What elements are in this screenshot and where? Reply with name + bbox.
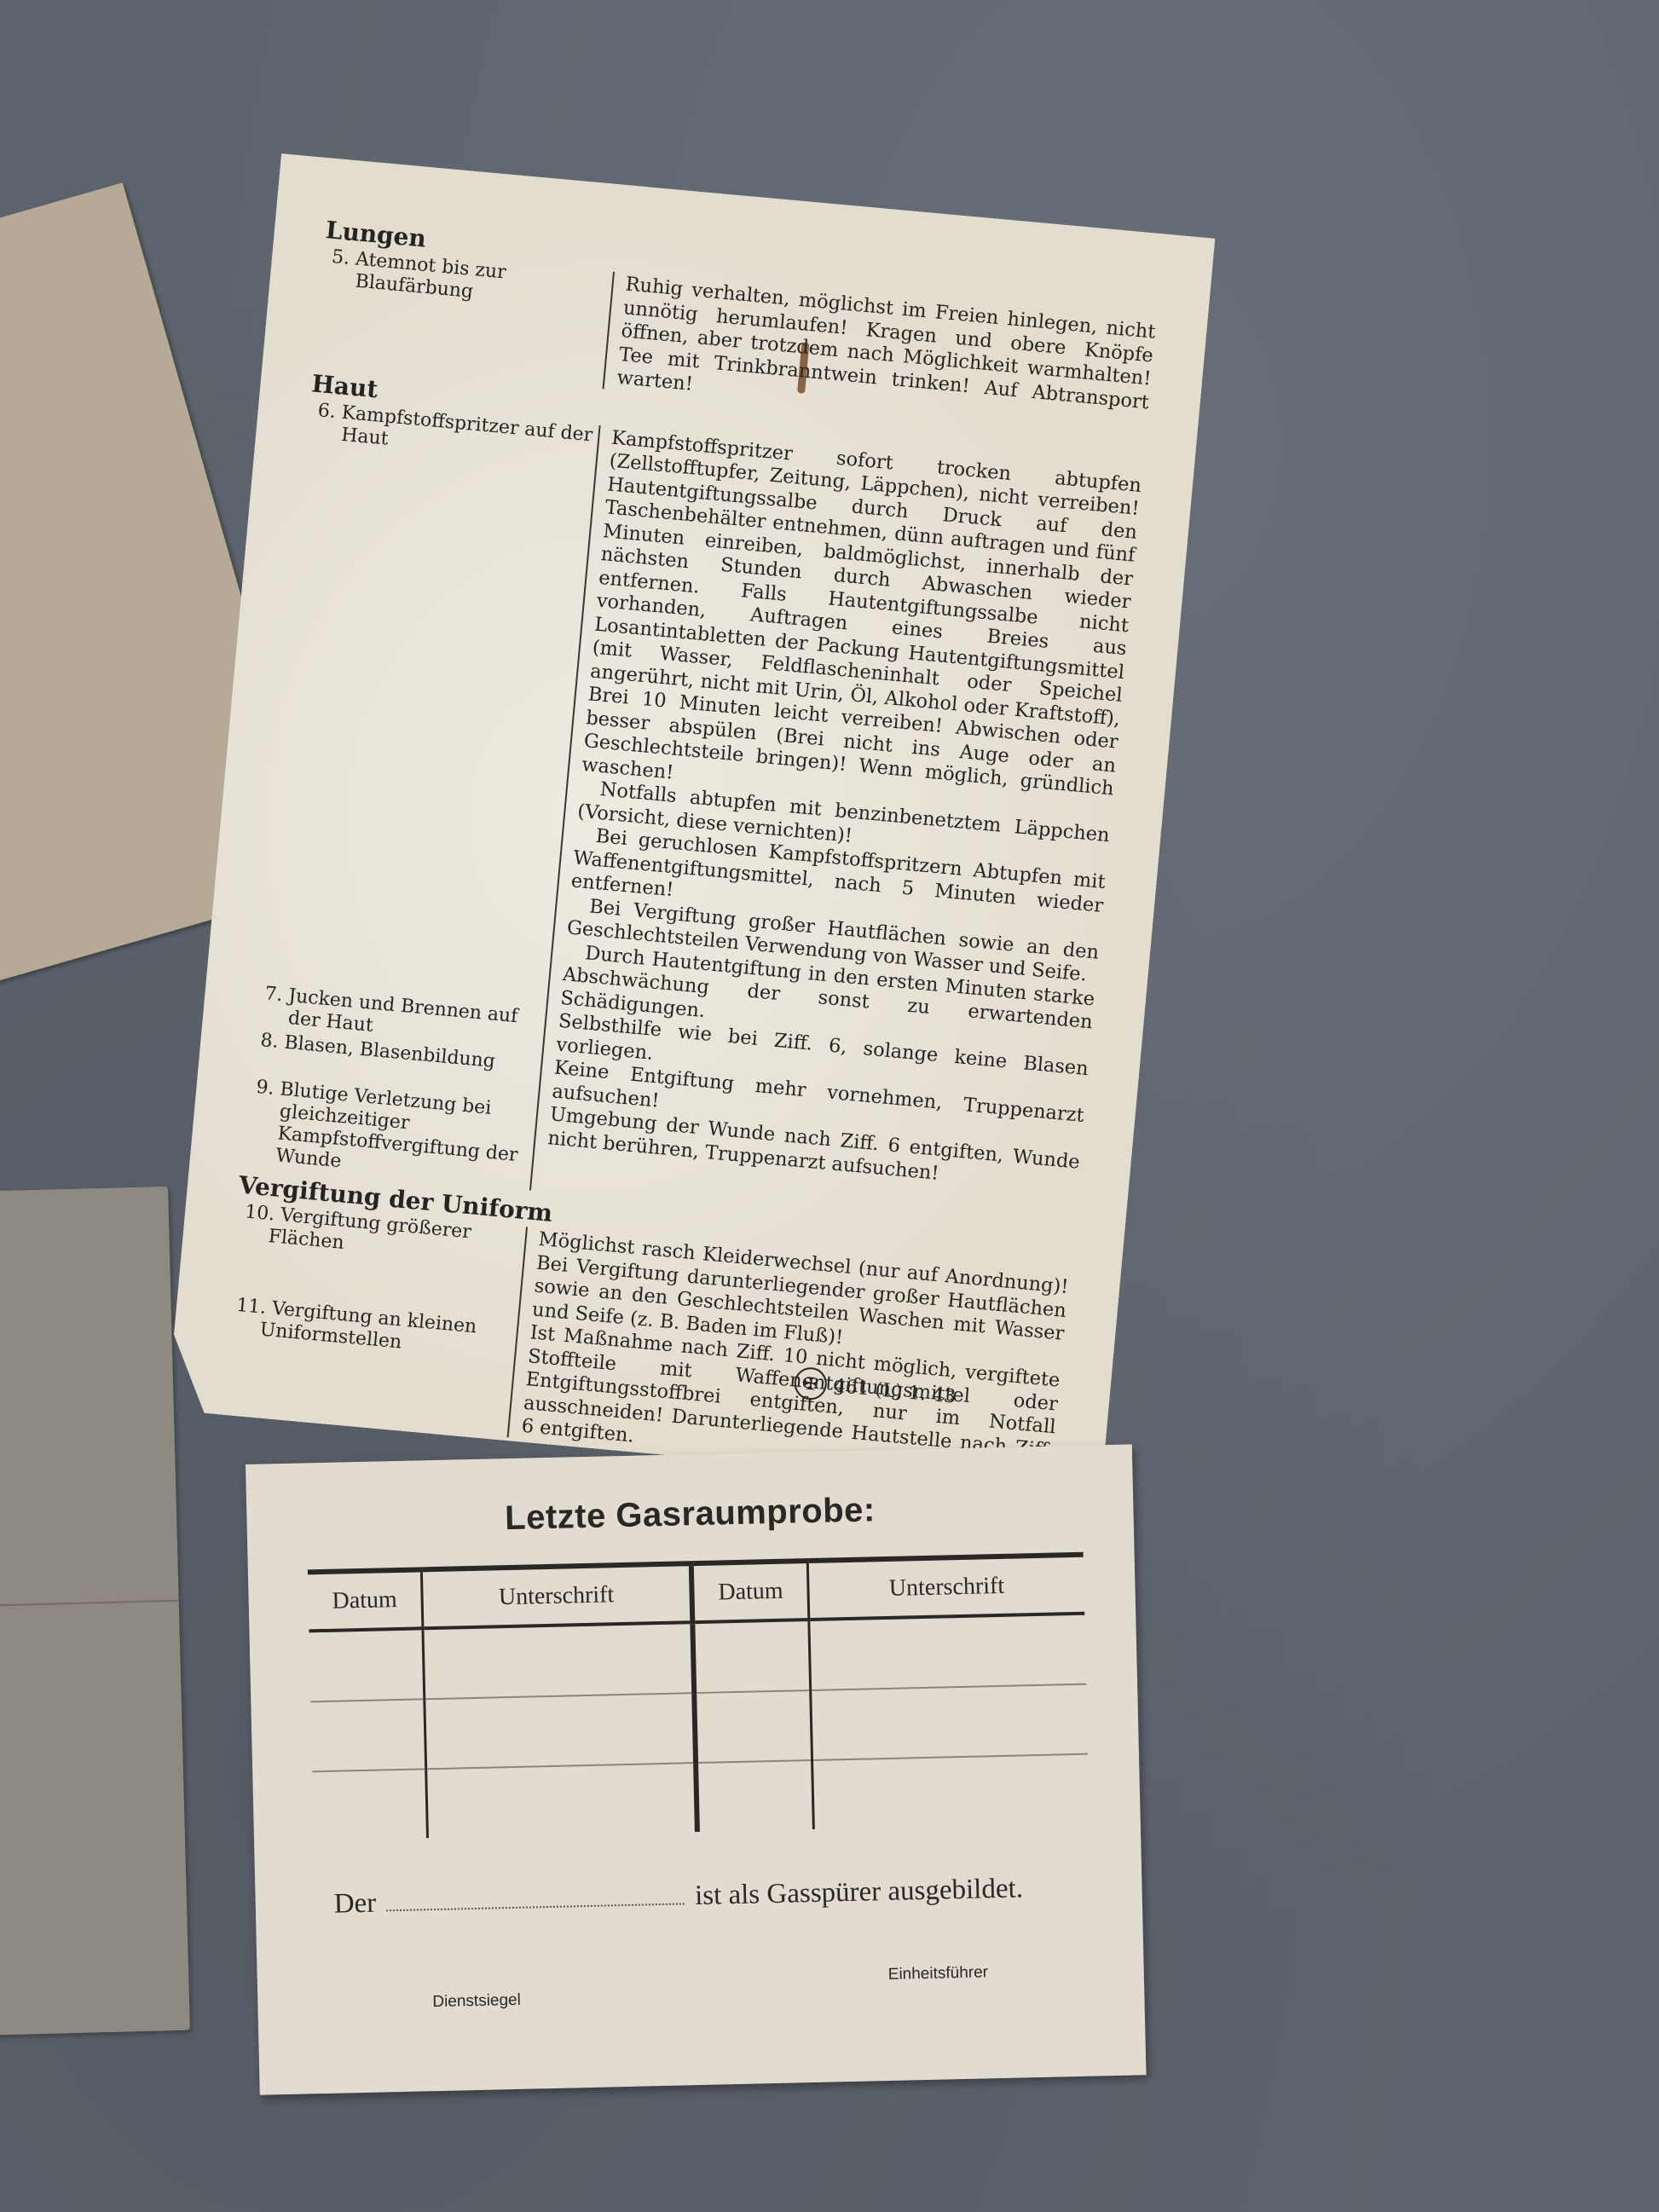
signature-cell[interactable] bbox=[426, 1763, 697, 1838]
paper-fold bbox=[0, 1600, 179, 1608]
name-blank-field[interactable] bbox=[386, 1894, 685, 1911]
certificate-line: Der ist als Gasspürer ausgebildet. bbox=[333, 1871, 1100, 1920]
signature-cell[interactable] bbox=[425, 1693, 696, 1769]
gasraumprobe-card: Letzte Gasraumprobe: Datum Unterschrift … bbox=[246, 1444, 1147, 2094]
signature-cell[interactable] bbox=[811, 1684, 1088, 1760]
print-code: 461 (L) 1. 43 bbox=[833, 1375, 957, 1407]
gasraumprobe-table: Datum Unterschrift Datum Unterschrift bbox=[308, 1552, 1090, 1841]
date-cell[interactable] bbox=[310, 1699, 425, 1771]
symptom-label: 5. Atemnot bis zur Blaufärbung bbox=[322, 246, 613, 389]
background-paper-grey bbox=[0, 1187, 190, 2036]
signature-cell[interactable] bbox=[809, 1614, 1086, 1690]
header-datum-2: Datum bbox=[691, 1561, 809, 1622]
symptom-label: 11. Vergiftung an kleinen Uniformstellen bbox=[227, 1295, 517, 1437]
date-cell[interactable] bbox=[692, 1620, 810, 1693]
seal-label: Dienstsiegel bbox=[432, 1991, 521, 2012]
eagle-icon: ✠ bbox=[793, 1366, 828, 1401]
instruction-leaflet: Lungen5. Atemnot bis zur BlaufärbungRuhi… bbox=[167, 153, 1216, 1495]
date-cell[interactable] bbox=[309, 1628, 424, 1701]
leaflet-content: Lungen5. Atemnot bis zur BlaufärbungRuhi… bbox=[227, 210, 1159, 1487]
treatment-text: Kampfstoffspritzer sofort trocken abtupf… bbox=[546, 425, 1142, 1059]
signature-cell[interactable] bbox=[423, 1622, 694, 1699]
signature-cell[interactable] bbox=[812, 1754, 1090, 1829]
date-cell[interactable] bbox=[696, 1760, 813, 1832]
header-datum-1: Datum bbox=[308, 1569, 423, 1631]
cert-suffix: ist als Gasspürer ausgebildet. bbox=[695, 1873, 1024, 1912]
header-unterschrift-1: Unterschrift bbox=[421, 1563, 692, 1628]
date-cell[interactable] bbox=[312, 1769, 427, 1840]
card-title: Letzte Gasraumprobe: bbox=[246, 1485, 1134, 1544]
symptom-label: 6. Kampfstoffspritzer auf der Haut bbox=[266, 400, 599, 1009]
instruction-item: 6. Kampfstoffspritzer auf der HautKampfs… bbox=[266, 400, 1142, 1059]
header-unterschrift-2: Unterschrift bbox=[807, 1555, 1084, 1620]
date-cell[interactable] bbox=[694, 1690, 812, 1763]
treatment-paragraph: Kampfstoffspritzer sofort trocken abtupf… bbox=[581, 426, 1142, 824]
cert-prefix: Der bbox=[333, 1888, 376, 1920]
leader-label: Einheitsführer bbox=[888, 1963, 989, 1984]
